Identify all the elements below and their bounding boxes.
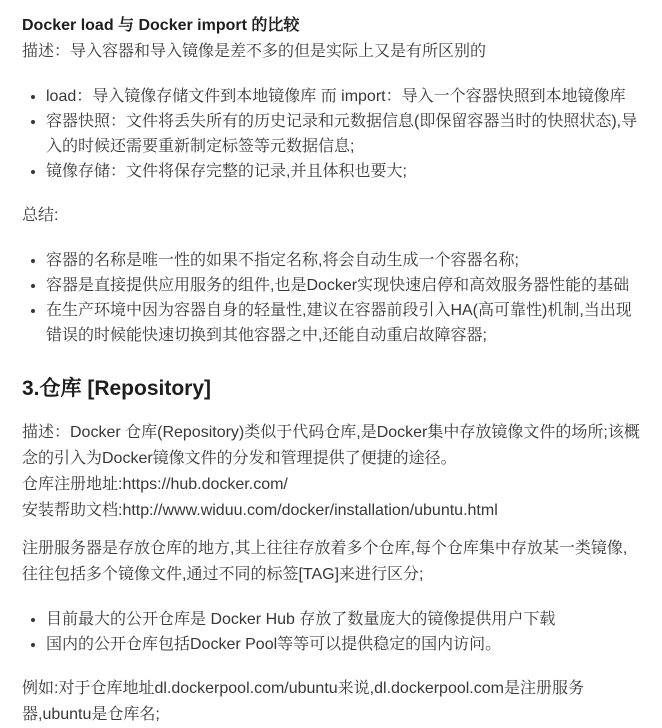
list-item: 在生产环境中因为容器自身的轻量性,建议在容器前段引入HA(高可靠性)机制,当出现… <box>46 298 642 348</box>
example-paragraph: 例如:对于仓库地址dl.dockerpool.com/ubuntu来说,dl.d… <box>22 676 642 728</box>
repository-heading: 3.仓库 [Repository] <box>22 374 642 404</box>
install-doc-line: 安装帮助文档:http://www.widuu.com/docker/insta… <box>22 498 642 524</box>
list-item: 容器快照：文件将丢失所有的历史记录和元数据信息(即保留容器当时的快照状态),导入… <box>46 109 642 159</box>
list-item: load：导入镜像存储文件到本地镜像库 而 import：导入一个容器快照到本地… <box>46 84 642 109</box>
section1-description: 描述：导入容器和导入镜像是差不多的但是实际上又是有所区别的 <box>22 39 642 65</box>
description-line: 描述：Docker 仓库(Repository)类似于代码仓库,是Docker集… <box>22 420 642 472</box>
list-item: 容器是直接提供应用服务的组件,也是Docker实现快速启停和高效服务器性能的基础 <box>46 273 642 298</box>
repository-description: 描述：Docker 仓库(Repository)类似于代码仓库,是Docker集… <box>22 420 642 524</box>
list-item: 国内的公开仓库包括Docker Pool等等可以提供稳定的国内访问。 <box>46 632 642 657</box>
document-body: Docker load 与 Docker import 的比较 描述：导入容器和… <box>0 0 662 728</box>
comparison-list: load：导入镜像存储文件到本地镜像库 而 import：导入一个容器快照到本地… <box>22 84 642 184</box>
registry-address-line: 仓库注册地址:https://hub.docker.com/ <box>22 472 642 498</box>
summary-label: 总结: <box>22 203 642 229</box>
registry-paragraph: 注册服务器是存放仓库的地方,其上往往存放着多个仓库,每个仓库集中存放某一类镜像,… <box>22 536 642 588</box>
repository-list: 目前最大的公开仓库是 Docker Hub 存放了数量庞大的镜像提供用户下载 国… <box>22 607 642 657</box>
list-item: 目前最大的公开仓库是 Docker Hub 存放了数量庞大的镜像提供用户下载 <box>46 607 642 632</box>
list-item: 镜像存储：文件将保存完整的记录,并且体积也要大; <box>46 159 642 184</box>
list-item: 容器的名称是唯一性的如果不指定名称,将会自动生成一个容器名称; <box>46 248 642 273</box>
section1-title: Docker load 与 Docker import 的比较 <box>22 13 642 39</box>
summary-list: 容器的名称是唯一性的如果不指定名称,将会自动生成一个容器名称; 容器是直接提供应… <box>22 248 642 348</box>
